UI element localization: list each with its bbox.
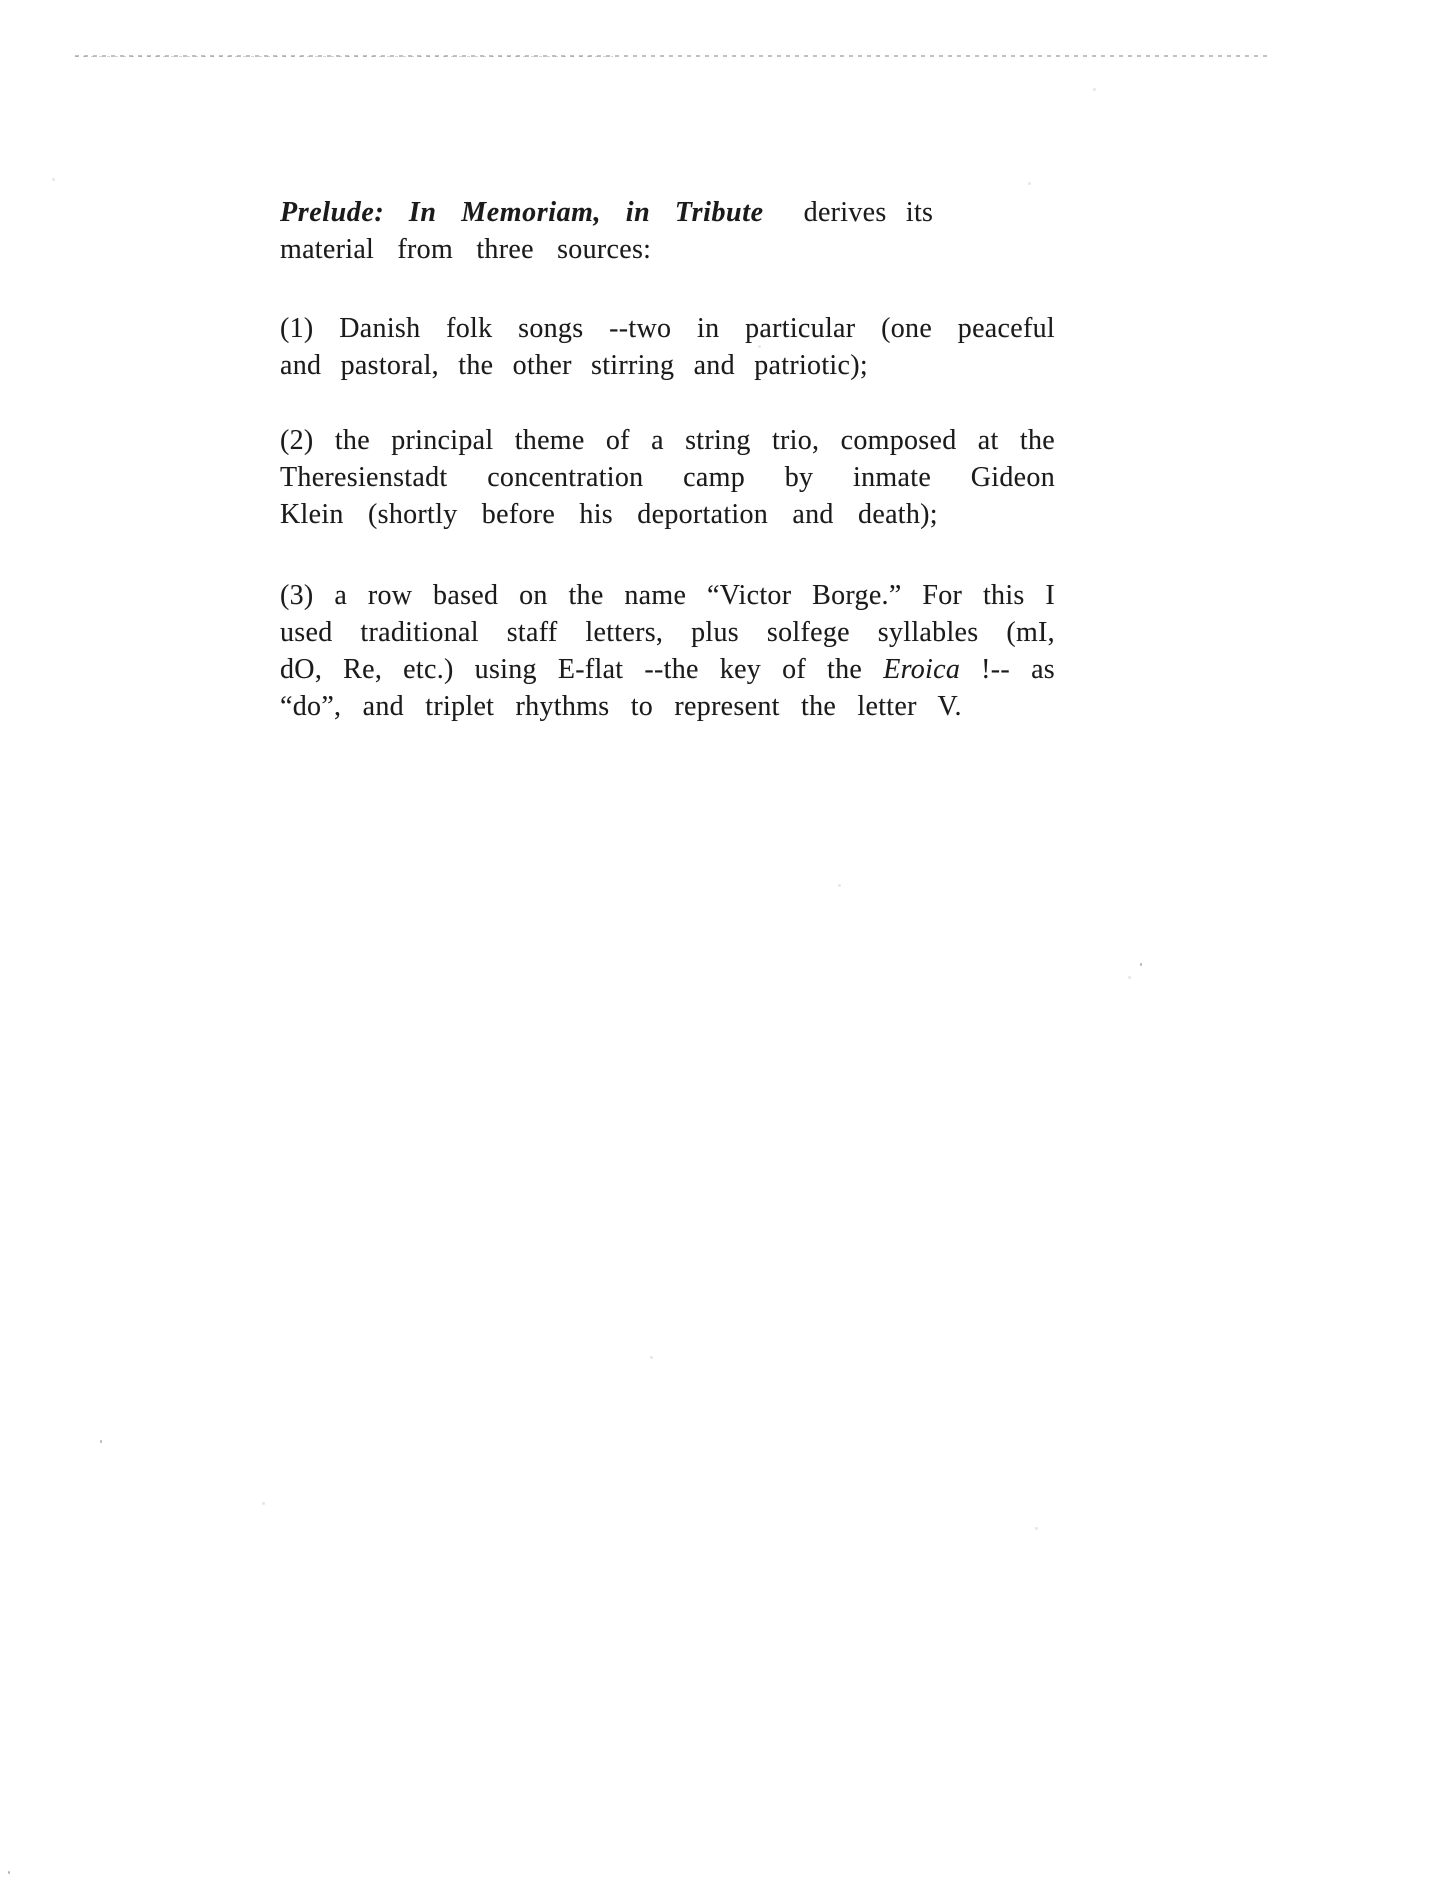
body-line: Theresienstadt concentration camp by inm… <box>280 459 1055 496</box>
scan-speck <box>1035 1527 1038 1530</box>
scan-speck <box>1128 976 1131 979</box>
title-second-line: material from three sources: <box>280 231 1055 268</box>
body-line-segment: dO, Re, etc.) using E-flat --the key of … <box>280 654 883 685</box>
body-line: and pastoral, the other stirring and pat… <box>280 347 1055 384</box>
scan-speck <box>52 178 55 181</box>
document-page: Prelude: In Memoriam, in Tributederives … <box>0 0 1445 1886</box>
body-line: (3) a row based on the name “Victor Borg… <box>280 577 1055 614</box>
text-block: Prelude: In Memoriam, in Tributederives … <box>280 194 1055 725</box>
body-line: dO, Re, etc.) using E-flat --the key of … <box>280 651 1055 688</box>
scan-speck <box>1093 88 1096 91</box>
body-line: (1) Danish folk songs --two in particula… <box>280 310 1055 347</box>
scan-speck <box>650 1356 653 1359</box>
paragraph-danish-folk-songs: (1) Danish folk songs --two in particula… <box>280 310 1055 384</box>
body-line: (2) the principal theme of a string trio… <box>280 422 1055 459</box>
body-line: used traditional staff letters, plus sol… <box>280 614 1055 651</box>
eroica-italic: Eroica <box>883 654 960 685</box>
title-continuation: derives its <box>804 197 934 228</box>
body-line-segment: !-- as <box>960 654 1055 685</box>
perforation-dotted-line <box>75 55 1271 57</box>
scan-speck <box>100 1440 102 1443</box>
scan-speck <box>758 345 761 348</box>
scan-speck <box>838 884 841 887</box>
body-line: “do”, and triplet rhythms to represent t… <box>280 688 1055 725</box>
title-line: Prelude: In Memoriam, in Tributederives … <box>280 194 1055 231</box>
body-line: Klein (shortly before his deportation an… <box>280 496 1055 533</box>
paragraph-string-trio: (2) the principal theme of a string trio… <box>280 422 1055 533</box>
title-emphasized: Prelude: In Memoriam, in Tribute <box>280 197 764 228</box>
scan-speck <box>262 1502 265 1505</box>
paragraph-victor-borge-row: (3) a row based on the name “Victor Borg… <box>280 577 1055 725</box>
scan-speck <box>1140 963 1142 966</box>
scan-speck <box>1028 182 1031 185</box>
scan-speck <box>8 1871 10 1874</box>
